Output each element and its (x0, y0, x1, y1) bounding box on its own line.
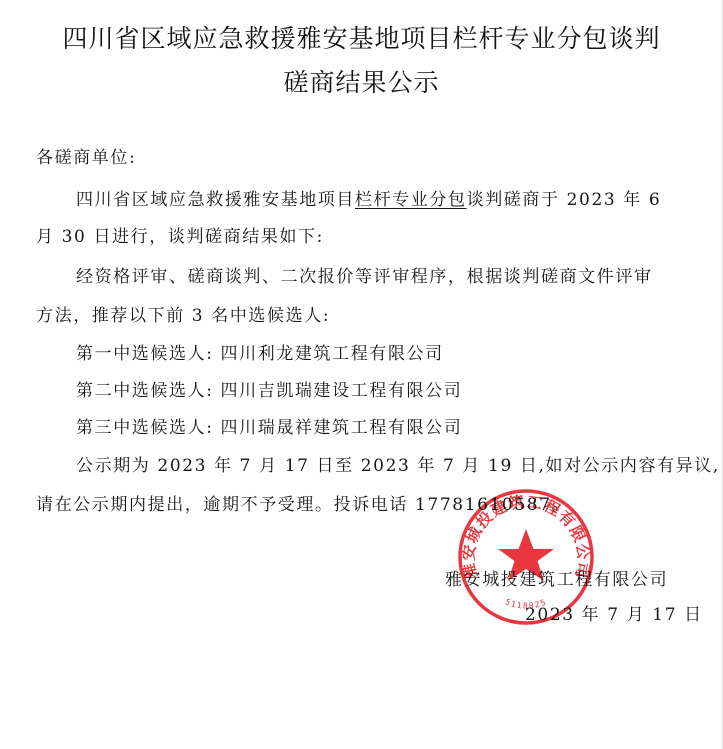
candidate-2-company: 四川吉凯瑞建设工程有限公司 (221, 381, 463, 401)
announcement-page: 四川省区域应急救援雅安基地项目栏杆专业分包谈判 磋商结果公示 各磋商单位: 四川… (0, 0, 723, 749)
candidate-1-company: 四川利龙建筑工程有限公司 (221, 344, 444, 364)
paragraph-1-line-1: 四川省区域应急救援雅安基地项目栏杆专业分包谈判磋商于 2023 年 6 (76, 185, 661, 210)
paragraph-1-line-2: 月 30 日进行，谈判磋商结果如下: (36, 222, 324, 247)
candidate-2: 第二中选候选人: 四川吉凯瑞建设工程有限公司 (76, 376, 462, 401)
candidate-1-label: 第一中选候选人: (76, 344, 214, 364)
paragraph-1-prefix: 四川省区域应急救援雅安基地项目 (76, 190, 355, 210)
candidate-1: 第一中选候选人: 四川利龙建筑工程有限公司 (76, 339, 444, 364)
paragraph-2-line-2: 方法，推荐以下前 3 名中选候选人: (36, 301, 330, 326)
paragraph-1-underlined-subject: 栏杆专业分包 (355, 190, 467, 210)
candidate-2-label: 第二中选候选人: (76, 381, 214, 401)
document-title-line-1: 四川省区域应急救援雅安基地项目栏杆专业分包谈判 (0, 19, 723, 55)
salutation: 各磋商单位: (36, 143, 136, 168)
candidate-3-label: 第三中选候选人: (76, 418, 214, 438)
paragraph-3-line-1: 公示期为 2023 年 7 月 17 日至 2023 年 7 月 19 日,如对… (76, 451, 720, 476)
candidate-3: 第三中选候选人: 四川瑞晟祥建筑工程有限公司 (76, 413, 462, 438)
signature-date: 2023 年 7 月 17 日 (525, 600, 703, 625)
paragraph-1-suffix: 谈判磋商于 2023 年 6 (467, 190, 662, 210)
signature-organization: 雅安城投建筑工程有限公司 (445, 565, 668, 590)
paragraph-2-line-1: 经资格评审、磋商谈判、二次报价等评审程序，根据谈判磋商文件评审 (76, 262, 653, 287)
candidate-3-company: 四川瑞晟祥建筑工程有限公司 (221, 418, 463, 438)
document-title-line-2: 磋商结果公示 (0, 63, 723, 99)
